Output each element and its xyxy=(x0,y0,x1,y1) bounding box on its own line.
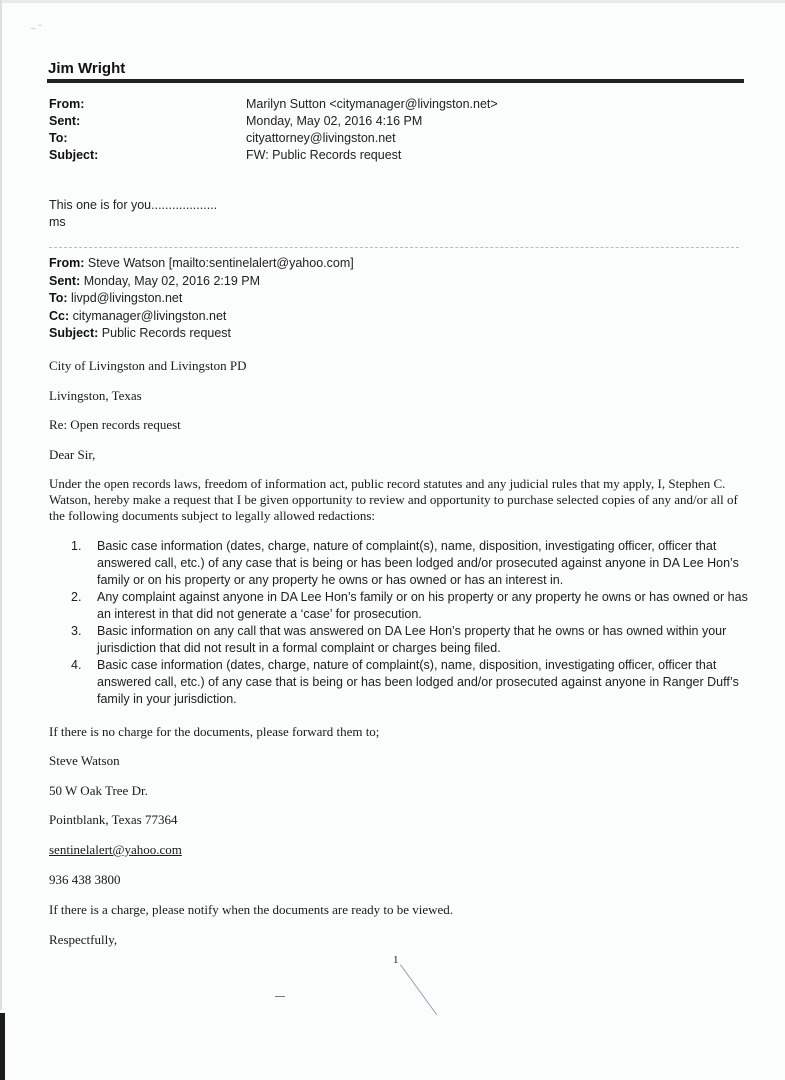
fwd-value: livpd@livingston.net xyxy=(71,291,182,305)
fwd-sent: Sent: Monday, May 02, 2016 2:19 PM xyxy=(49,273,354,291)
letter-location: Livingston, Texas xyxy=(49,388,142,404)
letter-recipient: City of Livingston and Livingston PD xyxy=(49,358,247,374)
fwd-label: From: xyxy=(49,256,84,270)
scanner-shadow xyxy=(0,1013,5,1080)
no-charge-line: If there is no charge for the documents,… xyxy=(49,724,379,740)
forwarded-header: From: Steve Watson [mailto:sentinelalert… xyxy=(49,255,354,343)
header-label: To: xyxy=(49,130,246,147)
item-number: 4. xyxy=(71,657,97,708)
letter-salutation: Dear Sir, xyxy=(49,447,95,463)
outer-email-header: From: Marilyn Sutton <citymanager@living… xyxy=(49,96,498,164)
header-to: To: cityattorney@livingston.net xyxy=(49,130,498,147)
closing: Respectfully, xyxy=(49,932,117,948)
item-number: 1. xyxy=(71,538,97,589)
header-value: Marilyn Sutton <citymanager@livingston.n… xyxy=(246,96,498,113)
forward-note: This one is for you................... m… xyxy=(49,197,217,231)
fwd-label: Cc: xyxy=(49,309,69,323)
scan-edge-left xyxy=(0,0,2,1010)
item-text: Basic case information (dates, charge, n… xyxy=(97,538,751,589)
pen-stroke-mark xyxy=(400,964,437,1015)
item-number: 3. xyxy=(71,623,97,657)
item-text: Any complaint against anyone in DA Lee H… xyxy=(97,589,751,623)
header-sent: Sent: Monday, May 02, 2016 4:16 PM xyxy=(49,113,498,130)
charge-line: If there is a charge, please notify when… xyxy=(49,902,453,918)
letter-re: Re: Open records request xyxy=(49,417,181,433)
fwd-value: Monday, May 02, 2016 2:19 PM xyxy=(84,274,260,288)
sender-phone: 936 438 3800 xyxy=(49,872,121,888)
fwd-label: Subject: xyxy=(49,326,98,340)
fwd-label: Sent: xyxy=(49,274,80,288)
letter-intro: Under the open records laws, freedom of … xyxy=(49,476,749,524)
page-number: 1 xyxy=(393,954,399,966)
address-line-2: Pointblank, Texas 77364 xyxy=(49,812,177,828)
item-text: Basic case information (dates, charge, n… xyxy=(97,657,751,708)
item-number: 2. xyxy=(71,589,97,623)
header-value: cityattorney@livingston.net xyxy=(246,130,396,147)
sender-name: Steve Watson xyxy=(49,753,120,769)
scan-mark xyxy=(275,996,285,997)
header-value: Monday, May 02, 2016 4:16 PM xyxy=(246,113,422,130)
mailbox-owner-name: Jim Wright xyxy=(48,60,125,77)
header-from: From: Marilyn Sutton <citymanager@living… xyxy=(49,96,498,113)
scan-edge-top xyxy=(0,0,785,3)
header-label: From: xyxy=(49,96,246,113)
header-value: FW: Public Records request xyxy=(246,147,401,164)
header-rule xyxy=(47,79,744,83)
note-signature: ms xyxy=(49,214,217,231)
fwd-label: To: xyxy=(49,291,68,305)
list-item: 4. Basic case information (dates, charge… xyxy=(71,657,751,708)
item-text: Basic information on any call that was a… xyxy=(97,623,751,657)
list-item: 3. Basic information on any call that wa… xyxy=(71,623,751,657)
header-label: Sent: xyxy=(49,113,246,130)
request-list: 1. Basic case information (dates, charge… xyxy=(71,538,751,708)
fwd-subject: Subject: Public Records request xyxy=(49,325,354,343)
scan-smudge: ~ ˘ xyxy=(30,24,42,35)
fwd-value: Public Records request xyxy=(102,326,231,340)
list-item: 2. Any complaint against anyone in DA Le… xyxy=(71,589,751,623)
fwd-value: Steve Watson [mailto:sentinelalert@yahoo… xyxy=(88,256,354,270)
note-line: This one is for you................... xyxy=(49,197,217,214)
sender-email-link[interactable]: sentinelalert@yahoo.com xyxy=(49,842,182,858)
address-line-1: 50 W Oak Tree Dr. xyxy=(49,783,148,799)
fwd-cc: Cc: citymanager@livingston.net xyxy=(49,308,354,326)
fwd-to: To: livpd@livingston.net xyxy=(49,290,354,308)
fwd-value: citymanager@livingston.net xyxy=(73,309,227,323)
header-label: Subject: xyxy=(49,147,246,164)
fwd-from: From: Steve Watson [mailto:sentinelalert… xyxy=(49,255,354,273)
header-subject: Subject: FW: Public Records request xyxy=(49,147,498,164)
list-item: 1. Basic case information (dates, charge… xyxy=(71,538,751,589)
forward-separator xyxy=(49,247,739,248)
